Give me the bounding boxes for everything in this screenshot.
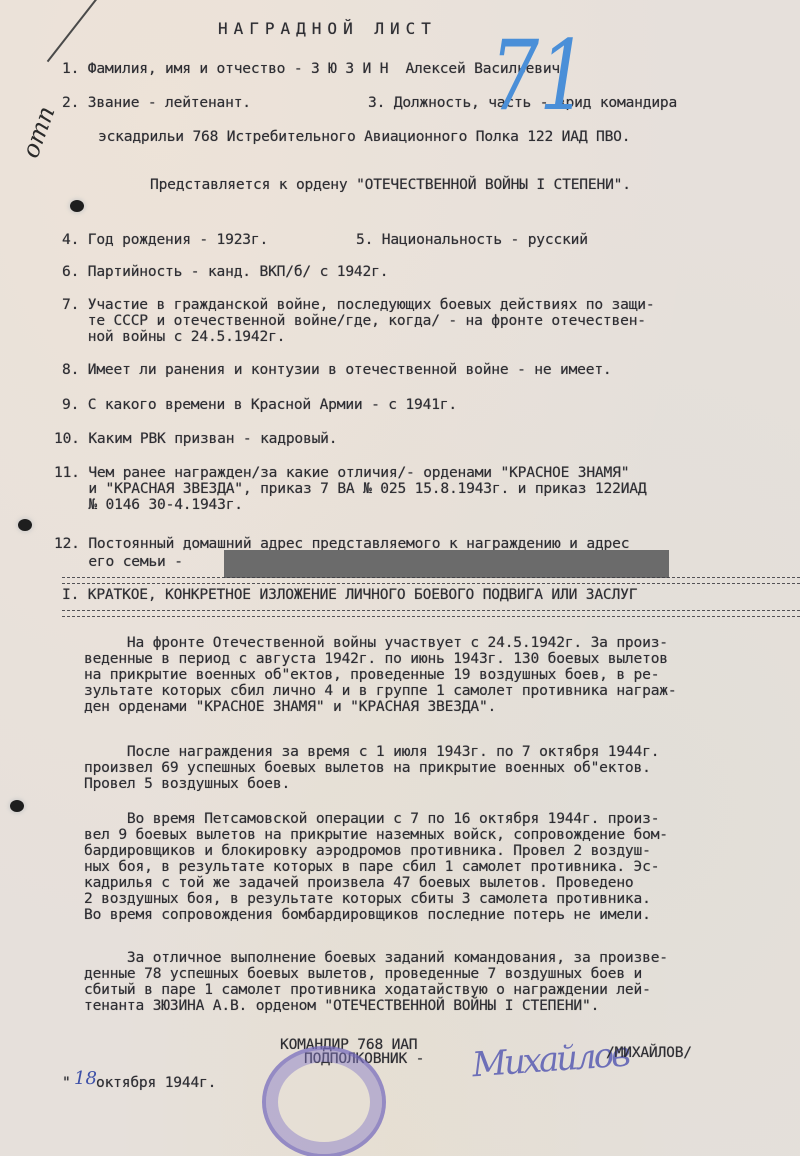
citation-line: зультате которых сбил лично 4 и в группе… — [84, 684, 676, 698]
signer-name: /МИХАЙЛОВ/ — [606, 1046, 692, 1060]
section-heading: I. КРАТКОЕ, КОНКРЕТНОЕ ИЗЛОЖЕНИЕ ЛИЧНОГО… — [62, 588, 637, 602]
field-4-birth-year: 4. Год рождения - 1923г. — [62, 233, 268, 247]
field-9-service: 9. С какого времени в Красной Армии - с … — [62, 398, 457, 412]
archive-number: 71 — [490, 28, 588, 124]
citation-line: тенанта ЗЮЗИНА А.В. орденом "ОТЕЧЕСТВЕНН… — [84, 999, 599, 1013]
punch-hole — [18, 519, 32, 531]
field-11-line-2: и "КРАСНАЯ ЗВЕЗДА", приказ 7 ВА № 025 15… — [54, 482, 646, 496]
field-6-party: 6. Партийность - канд. ВКП/б/ с 1942г. — [62, 265, 388, 279]
citation-line: денные 78 успешных боевых вылетов, прове… — [84, 967, 642, 981]
citation-line: На фронте Отечественной войны участвует … — [84, 636, 668, 650]
date-day: 18 — [74, 1068, 97, 1089]
field-2-rank: 2. Звание - лейтенант. — [62, 96, 251, 110]
field-11-line-1: 11. Чем ранее награжден/за какие отличия… — [54, 466, 629, 480]
nomination-line: Представляется к ордену "ОТЕЧЕСТВЕННОЙ В… — [150, 178, 631, 192]
citation-line: кадрилья с той же задачей произвела 47 б… — [84, 876, 634, 890]
official-seal — [262, 1046, 386, 1156]
date-open-quote: " — [62, 1076, 71, 1090]
margin-note: отп — [16, 102, 60, 161]
field-12-line-1: 12. Постоянный домашний адрес представля… — [54, 537, 629, 551]
pencil-stroke — [47, 0, 98, 62]
field-7-line-2: те СССР и отечественной войне/где, когда… — [62, 314, 646, 328]
citation-line: произвел 69 успешных боевых вылетов на п… — [84, 761, 651, 775]
field-7-line-3: ной войны с 24.5.1942г. — [62, 330, 285, 344]
field-3-position-cont: эскадрильи 768 Истребительного Авиационн… — [98, 130, 630, 144]
citation-line: После награждения за время с 1 июля 1943… — [84, 745, 659, 759]
citation-line: бардировщиков и блокировку аэродромов пр… — [84, 844, 651, 858]
field-5-nationality: 5. Национальность - русский — [356, 233, 588, 247]
redacted-address — [224, 550, 669, 578]
date-rest: октября 1944г. — [96, 1076, 216, 1090]
citation-line: Во время сопровождения бомбардировщиков … — [84, 908, 651, 922]
citation-line: За отличное выполнение боевых заданий ко… — [84, 951, 668, 965]
citation-line: веденные в период с августа 1942г. по ию… — [84, 652, 668, 666]
citation-line: Во время Петсамовской операции с 7 по 16… — [84, 812, 659, 826]
field-7-line-1: 7. Участие в гражданской войне, последую… — [62, 298, 654, 312]
punch-hole — [10, 800, 24, 812]
punch-hole — [70, 200, 84, 212]
document-title: НАГРАДНОЙ ЛИСТ — [218, 22, 437, 36]
field-8-wounds: 8. Имеет ли ранения и контузии в отечест… — [62, 363, 612, 377]
field-10-rvk: 10. Каким РВК призван - кадровый. — [54, 432, 337, 446]
citation-line: сбитый в паре 1 самолет противника ходат… — [84, 983, 651, 997]
citation-line: 2 воздушных боя, в результате которых сб… — [84, 892, 651, 906]
citation-line: на прикрытие военных об"ектов, проведенн… — [84, 668, 659, 682]
field-11-line-3: № 0146 30-4.1943г. — [54, 498, 243, 512]
citation-line: ных боя, в результате которых в паре сби… — [84, 860, 659, 874]
divider-bottom — [62, 610, 800, 617]
field-12-line-2: его семьи - — [54, 555, 183, 569]
citation-line: вел 9 боевых вылетов на прикрытие наземн… — [84, 828, 668, 842]
divider-top — [62, 577, 800, 584]
citation-line: ден орденами "КРАСНОЕ ЗНАМЯ" и "КРАСНАЯ … — [84, 700, 496, 714]
citation-line: Провел 5 воздушных боев. — [84, 777, 290, 791]
